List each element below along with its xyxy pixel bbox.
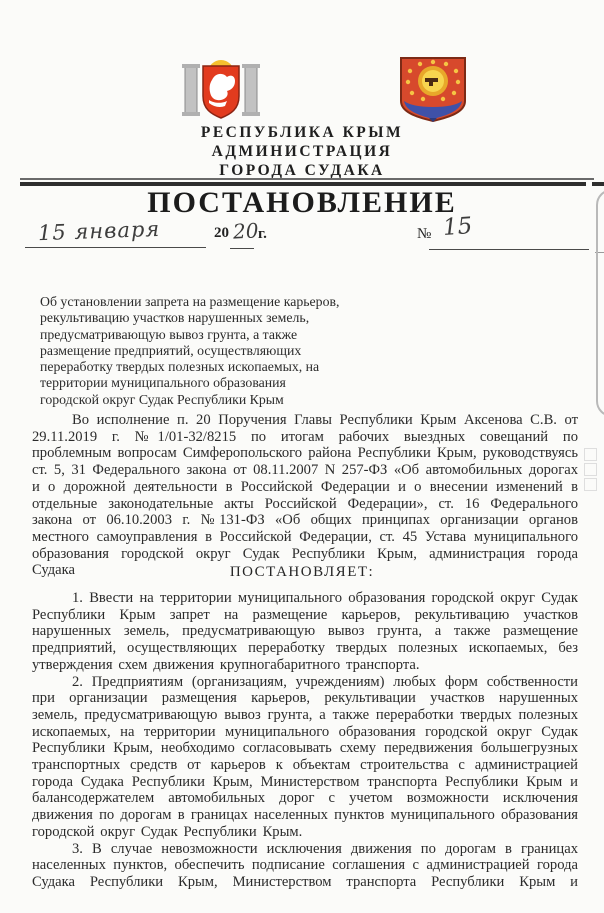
decree-body: 1. Ввести на территории муниципального о…	[32, 590, 578, 891]
subject-line: рекультивацию участков нарушенных земель…	[40, 310, 339, 326]
faint-checkbox	[584, 478, 597, 491]
preamble-block: Во исполнение п. 20 Поручения Главы Респ…	[32, 412, 578, 579]
faint-checkbox	[584, 448, 597, 461]
number-underline	[429, 249, 589, 250]
subject-line: размещение предприятий, осуществляющих	[40, 343, 339, 359]
subject-block: Об установлении запрета на размещение ка…	[40, 294, 339, 408]
subject-line: предусматривающую вывоз грунта, а также	[40, 327, 339, 343]
administration-name: АДМИНИСТРАЦИЯ	[0, 142, 604, 161]
divider-dash	[592, 182, 604, 186]
divider-thin	[20, 178, 594, 180]
year-suffix: г.	[258, 226, 267, 243]
republic-name: РЕСПУБЛИКА КРЫМ	[0, 123, 604, 142]
subject-line: территории муниципального образования	[40, 375, 339, 391]
faint-checkbox	[584, 463, 597, 476]
document-title: ПОСТАНОВЛЕНИЕ	[0, 186, 604, 220]
handwritten-date: 15 января	[38, 217, 161, 245]
year-prefix: 20	[214, 225, 229, 242]
subject-line: Об установлении запрета на размещение ка…	[40, 294, 339, 310]
crimea-coat-of-arms-icon	[179, 56, 263, 122]
handwritten-year: 20	[232, 218, 259, 243]
faint-checkbox-stack	[584, 448, 597, 493]
subject-line: переработку твердых полезных ископаемых,…	[40, 359, 339, 375]
letterhead: РЕСПУБЛИКА КРЫМ АДМИНИСТРАЦИЯ ГОРОДА СУД…	[0, 123, 604, 180]
date-underline	[25, 247, 206, 248]
handwritten-number: 15	[442, 213, 473, 241]
sudak-coat-of-arms-icon	[396, 55, 470, 123]
divider-thick	[20, 182, 586, 186]
subject-line: городской округ Судак Республики Крым	[40, 392, 339, 408]
preamble-paragraph: Во исполнение п. 20 Поручения Главы Респ…	[32, 412, 578, 579]
scroll-indicator[interactable]	[596, 189, 604, 417]
number-sign: №	[417, 226, 431, 243]
year-underline	[230, 248, 254, 249]
decree-paragraph-2: 2. Предприятиям (организациям, учреждени…	[32, 674, 578, 841]
decree-paragraph-3: 3. В случае невозможности исключения дви…	[32, 841, 578, 891]
resolves-heading: ПОСТАНОВЛЯЕТ:	[0, 564, 604, 581]
decree-paragraph-1: 1. Ввести на территории муниципального о…	[32, 590, 578, 674]
scanned-decree-page: РЕСПУБЛИКА КРЫМ АДМИНИСТРАЦИЯ ГОРОДА СУД…	[0, 0, 604, 913]
